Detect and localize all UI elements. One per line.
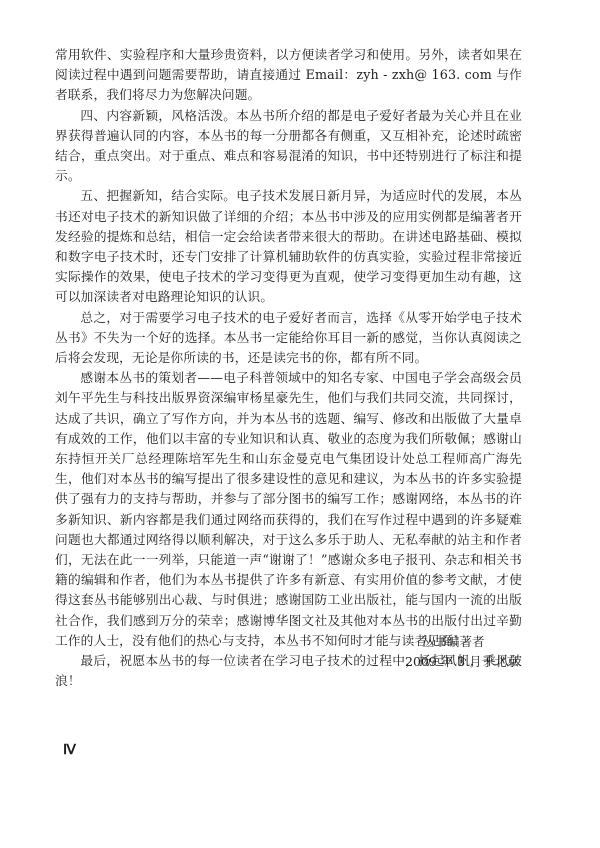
page-number: Ⅳ bbox=[63, 742, 76, 759]
paragraph-point-five: 五、把握新知，结合实际。电子技术发展日新月异，为适应时代的发展，本丛书还对电子技… bbox=[55, 186, 522, 307]
paragraph-contact: 常用软件、实验程序和大量珍贵资料，以方便读者学习和使用。另外，读者如果在阅读过程… bbox=[55, 45, 522, 106]
document-body: 常用软件、实验程序和大量珍贵资料，以方便读者学习和使用。另外，读者如果在阅读过程… bbox=[55, 45, 522, 692]
signature-block: 丛书编著者 2009 年 3 月于北京 bbox=[380, 632, 580, 672]
paragraph-point-four: 四、内容新颖，风格活泼。本丛书所介绍的都是电子爱好者最为关心并且在业界获得普遍认… bbox=[55, 106, 522, 187]
signature-author: 丛书编著者 bbox=[380, 632, 580, 652]
paragraph-acknowledgements: 感谢本丛书的策划者——电子科普领域中的知名专家、中国电子学会高级会员刘午平先生与… bbox=[55, 368, 522, 651]
paragraph-summary: 总之，对于需要学习电子技术的电子爱好者而言，选择《从零开始学电子技术丛书》不失为… bbox=[55, 308, 522, 369]
signature-date-place: 2009 年 3 月于北京 bbox=[380, 652, 580, 672]
